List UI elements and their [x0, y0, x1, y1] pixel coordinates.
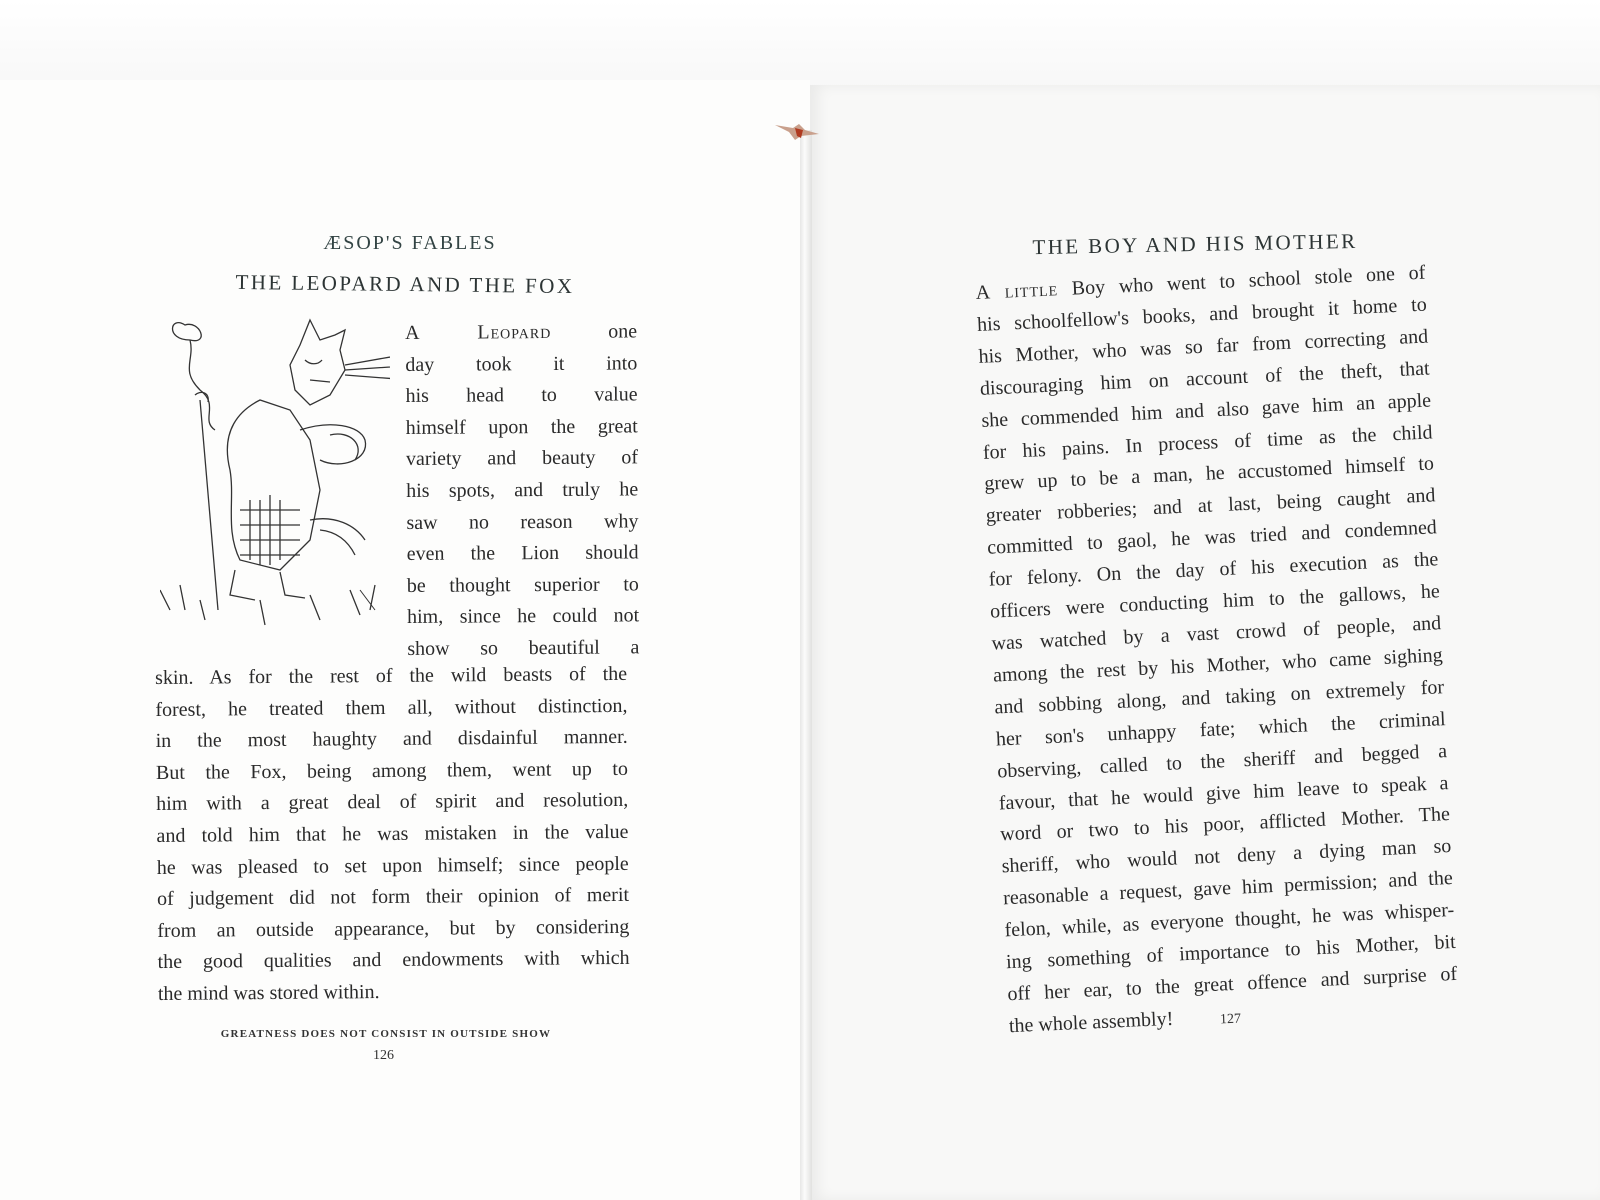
text-line: day took it into: [405, 348, 637, 381]
text-line: himself upon the great: [406, 411, 638, 444]
text-line: him with a great deal of spirit and reso…: [156, 785, 628, 821]
text-line: of judgement did not form their opinion …: [157, 880, 629, 916]
leopard-text-wide: skin. As for the rest of the wild beasts…: [155, 659, 630, 1011]
text-line: he was pleased to set upon himself; sinc…: [157, 848, 629, 884]
text-line: even the Lion should: [407, 538, 639, 571]
text-line: forest, he treated them all, without dis…: [155, 690, 627, 726]
boy-text: A little Boy who went to school stole on…: [975, 258, 1459, 1043]
fable-moral: GREATNESS DOES NOT CONSIST IN OUTSIDE SH…: [200, 1028, 572, 1040]
leopard-illustration-icon: [160, 310, 390, 630]
text-line: the good qualities and endowments with w…: [157, 943, 629, 979]
bookmark-ribbon-icon: [775, 122, 819, 142]
text-line: the mind was stored within.: [158, 975, 630, 1011]
text-line: and told him that he was mistaken in the…: [156, 817, 628, 853]
running-head: ÆSOP'S FABLES: [300, 232, 520, 255]
text-line: be thought superior to: [407, 569, 639, 602]
page-number-left: 126: [373, 1048, 394, 1064]
text-line: his spots, and truly he: [406, 474, 638, 507]
opening-smallcaps: A little: [975, 278, 1058, 304]
text-line: But the Fox, being among them, went up t…: [156, 754, 628, 790]
text-line: A Leopard one: [405, 316, 637, 349]
page-number-right: 127: [1220, 1012, 1242, 1029]
book-spine: [800, 130, 812, 1200]
fable-title-leopard: THE LEOPARD AND THE FOX: [205, 270, 605, 300]
text-line: in the most haughty and disdainful manne…: [156, 722, 628, 758]
text-line: saw no reason why: [406, 506, 638, 539]
text-line: him, since he could not: [407, 601, 639, 634]
leopard-text-narrow: A Leopard one day took it into his head …: [405, 316, 639, 665]
text-line: variety and beauty of: [406, 443, 638, 476]
text-line: his head to value: [405, 380, 637, 413]
text-line: skin. As for the rest of the wild beasts…: [155, 659, 627, 695]
text-line: from an outside appearance, but by consi…: [157, 912, 629, 948]
opening-smallcaps: A Leopard: [405, 321, 551, 344]
